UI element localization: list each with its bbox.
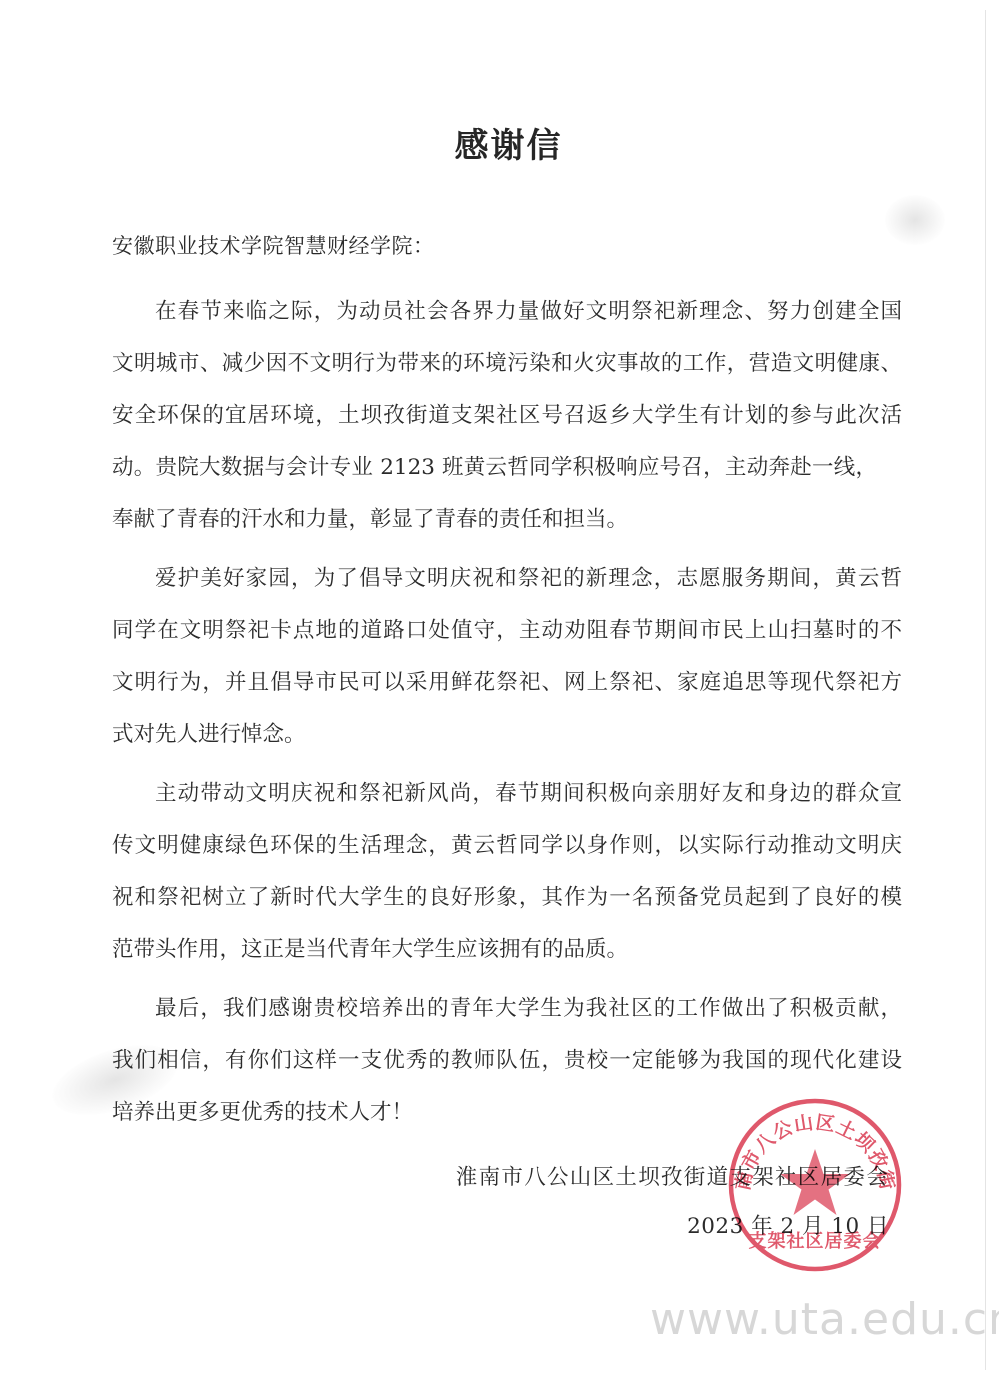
star-icon (780, 1149, 850, 1215)
paragraph-line: 奉献了青春的汗水和力量，彰显了青春的责任和担当。 (112, 494, 902, 546)
paragraph-line: 动。贵院大数据与会计专业 2123 班黄云哲同学积极响应号召，主动奔赴一线， (112, 442, 877, 494)
paragraph-line: 传文明健康绿色环保的生活理念，黄云哲同学以身作则，以实际行动推动文明庆 (112, 820, 902, 872)
paragraph-line: 主动带动文明庆祝和祭祀新风尚，春节期间积极向亲朋好友和身边的群众宣 (112, 768, 902, 820)
page-edge-line (985, 10, 986, 1370)
paragraph-line: 范带头作用，这正是当代青年大学生应该拥有的品质。 (112, 924, 902, 976)
scan-smudge (885, 195, 945, 245)
paragraph-line: 在春节来临之际，为动员社会各界力量做好文明祭祀新理念、努力创建全国 (112, 286, 902, 338)
seal-bottom-text: 支架社区居委会 (749, 1230, 882, 1252)
paragraph-line: 爱护美好家园，为了倡导文明庆祝和祭祀的新理念，志愿服务期间，黄云哲 (112, 553, 902, 605)
official-seal-stamp: 淮南市八公山区土坝孜街道 支架社区居委会 (727, 1097, 903, 1273)
paragraph-line: 安全环保的宜居环境，土坝孜街道支架社区号召返乡大学生有计划的参与此次活 (112, 390, 902, 442)
paragraph-line: 式对先人进行悼念。 (112, 709, 902, 761)
body-paragraph-2: 爱护美好家园，为了倡导文明庆祝和祭祀的新理念，志愿服务期间，黄云哲 同学在文明祭… (112, 553, 902, 761)
letter-title: 感谢信 (0, 118, 999, 167)
site-watermark: www.uta.edu.cn (650, 1294, 999, 1345)
letter-salutation: 安徽职业技术学院智慧财经学院： (112, 230, 435, 260)
paragraph-line: 文明行为，并且倡导市民可以采用鲜花祭祀、网上祭祀、家庭追思等现代祭祀方 (112, 657, 902, 709)
paragraph-line: 文明城市、减少因不文明行为带来的环境污染和火灾事故的工作，营造文明健康、 (112, 338, 902, 390)
body-paragraph-1: 在春节来临之际，为动员社会各界力量做好文明祭祀新理念、努力创建全国 文明城市、减… (112, 286, 902, 546)
paragraph-line: 同学在文明祭祀卡点地的道路口处值守，主动劝阻春节期间市民上山扫墓时的不 (112, 605, 902, 657)
paragraph-line: 我们相信，有你们这样一支优秀的教师队伍，贵校一定能够为我国的现代化建设 (112, 1035, 902, 1087)
paragraph-line: 最后，我们感谢贵校培养出的青年大学生为我社区的工作做出了积极贡献， (112, 983, 902, 1035)
body-paragraph-3: 主动带动文明庆祝和祭祀新风尚，春节期间积极向亲朋好友和身边的群众宣 传文明健康绿… (112, 768, 902, 976)
paragraph-line: 祝和祭祀树立了新时代大学生的良好形象，其作为一名预备党员起到了良好的模 (112, 872, 902, 924)
